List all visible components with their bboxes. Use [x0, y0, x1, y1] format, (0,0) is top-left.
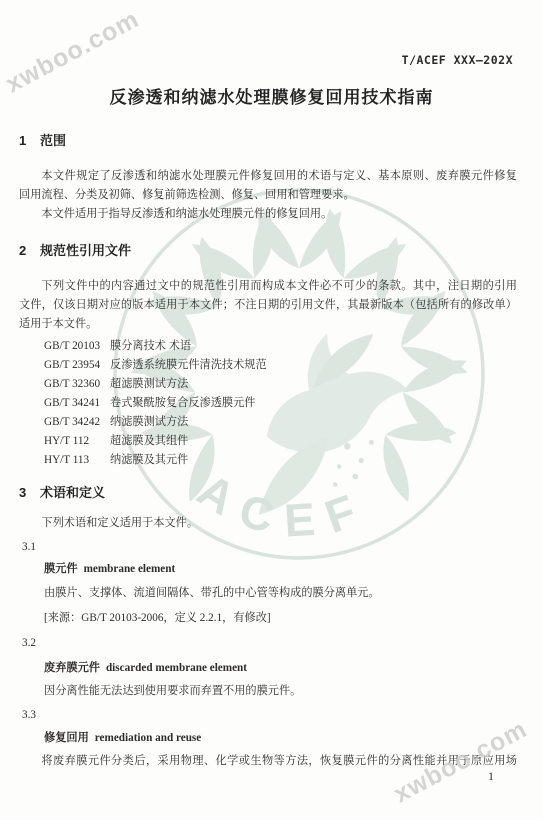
term-definition: 因分离性能无法达到使用要求而弃置不用的膜元件。	[19, 682, 517, 701]
clause-number: 3	[19, 484, 27, 502]
reference-title: 卷式聚酰胺复合反渗透膜元件	[110, 397, 255, 409]
reference-code: GB/T 32360	[44, 375, 110, 394]
paragraph-line: 本文件规定了反渗透和纳滤水处理膜元件修复回用的术语与定义、基本原则、废弃膜元件修…	[19, 167, 517, 186]
reference-code: GB/T 20103	[44, 337, 110, 356]
term-name-en: remediation and reuse	[95, 732, 202, 744]
reference-row: GB/T 32360超滤膜测试方法	[19, 375, 517, 394]
page-number: 1	[488, 769, 494, 783]
term-definition: 将废弃膜元件分类后，采用物理、化学或生物等方法，恢复膜元件的分离性能并用于原应用…	[19, 752, 517, 771]
term-number: 3.2	[19, 634, 517, 653]
reference-title: 反渗透系统膜元件清洗技术规范	[110, 359, 267, 371]
paragraph-line: 适用于本文件。	[19, 315, 517, 334]
reference-row: GB/T 34242纳滤膜测试方法	[19, 413, 517, 432]
paragraph-line: 本文件适用于指导反渗透和纳滤水处理膜元件的修复回用。	[19, 205, 517, 224]
term-title: 修复回用remediation and reuse	[19, 729, 517, 748]
term-number: 3.1	[19, 538, 517, 557]
document-body: 1范围 本文件规定了反渗透和纳滤水处理膜元件修复回用的术语与定义、基本原则、废弃…	[19, 132, 517, 771]
reference-code: GB/T 34241	[44, 394, 110, 413]
reference-title: 超滤膜测试方法	[110, 378, 188, 390]
term-title: 膜元件membrane element	[19, 560, 517, 579]
paragraph-line: 下列文件中的内容通过文中的规范性引用而构成本文件必不可少的条款。其中，注日期的引…	[19, 277, 517, 296]
reference-row: GB/T 23954反渗透系统膜元件清洗技术规范	[19, 356, 517, 375]
term-definition: 由膜片、支撑体、流道间隔体、带孔的中心管等构成的膜分离单元。	[19, 584, 517, 603]
reference-row: HY/T 112超滤膜及其组件	[19, 432, 517, 451]
document-title: 反渗透和纳滤水处理膜修复回用技术指南	[0, 83, 543, 108]
reference-code: GB/T 23954	[44, 356, 110, 375]
clause-2-heading: 2规范性引用文件	[19, 242, 517, 260]
reference-row: HY/T 113纳滤膜及其元件	[19, 451, 517, 470]
term-name-cn: 修复回用	[44, 732, 89, 744]
reference-code: GB/T 34242	[44, 413, 110, 432]
term-title: 废弃膜元件discarded membrane element	[19, 659, 517, 678]
clause-1-heading: 1范围	[19, 132, 517, 150]
term-name-cn: 废弃膜元件	[44, 662, 100, 674]
clause-title: 规范性引用文件	[40, 243, 131, 258]
term-name-en: membrane element	[84, 563, 176, 575]
paragraph-line: 下列术语和定义适用于本文件。	[19, 514, 517, 533]
clause-title: 术语和定义	[40, 485, 105, 500]
clause-number: 2	[19, 242, 27, 260]
reference-row: GB/T 20103膜分离技术 术语	[19, 337, 517, 356]
reference-title: 纳滤膜及其元件	[110, 454, 188, 466]
reference-code: HY/T 113	[44, 451, 110, 470]
clause-3-heading: 3术语和定义	[19, 484, 517, 502]
standard-number: T/ACEF XXX—202X	[402, 53, 513, 67]
paragraph-line: 文件，仅该日期对应的版本适用于本文件；不注日期的引用文件，其最新版本（包括所有的…	[19, 296, 517, 315]
clause-number: 1	[19, 132, 27, 150]
reference-row: GB/T 34241卷式聚酰胺复合反渗透膜元件	[19, 394, 517, 413]
reference-title: 膜分离技术 术语	[110, 340, 191, 352]
reference-title: 纳滤膜测试方法	[110, 416, 188, 428]
term-name-en: discarded membrane element	[106, 662, 247, 674]
clause-title: 范围	[40, 133, 66, 148]
term-name-cn: 膜元件	[44, 563, 78, 575]
paragraph-line: 回用流程、分类及初筛、修复前筛选检测、修复、回用和管理要求。	[19, 186, 517, 205]
document-page: ACEF xwboo.com xwboo.com T/ACEF XXX—202X…	[0, 0, 543, 820]
reference-title: 超滤膜及其组件	[110, 435, 188, 447]
term-number: 3.3	[19, 706, 517, 725]
reference-code: HY/T 112	[44, 432, 110, 451]
term-source: [来源：GB/T 20103-2006，定义 2.2.1，有修改]	[19, 609, 517, 628]
reference-list: GB/T 20103膜分离技术 术语 GB/T 23954反渗透系统膜元件清洗技…	[19, 337, 517, 470]
